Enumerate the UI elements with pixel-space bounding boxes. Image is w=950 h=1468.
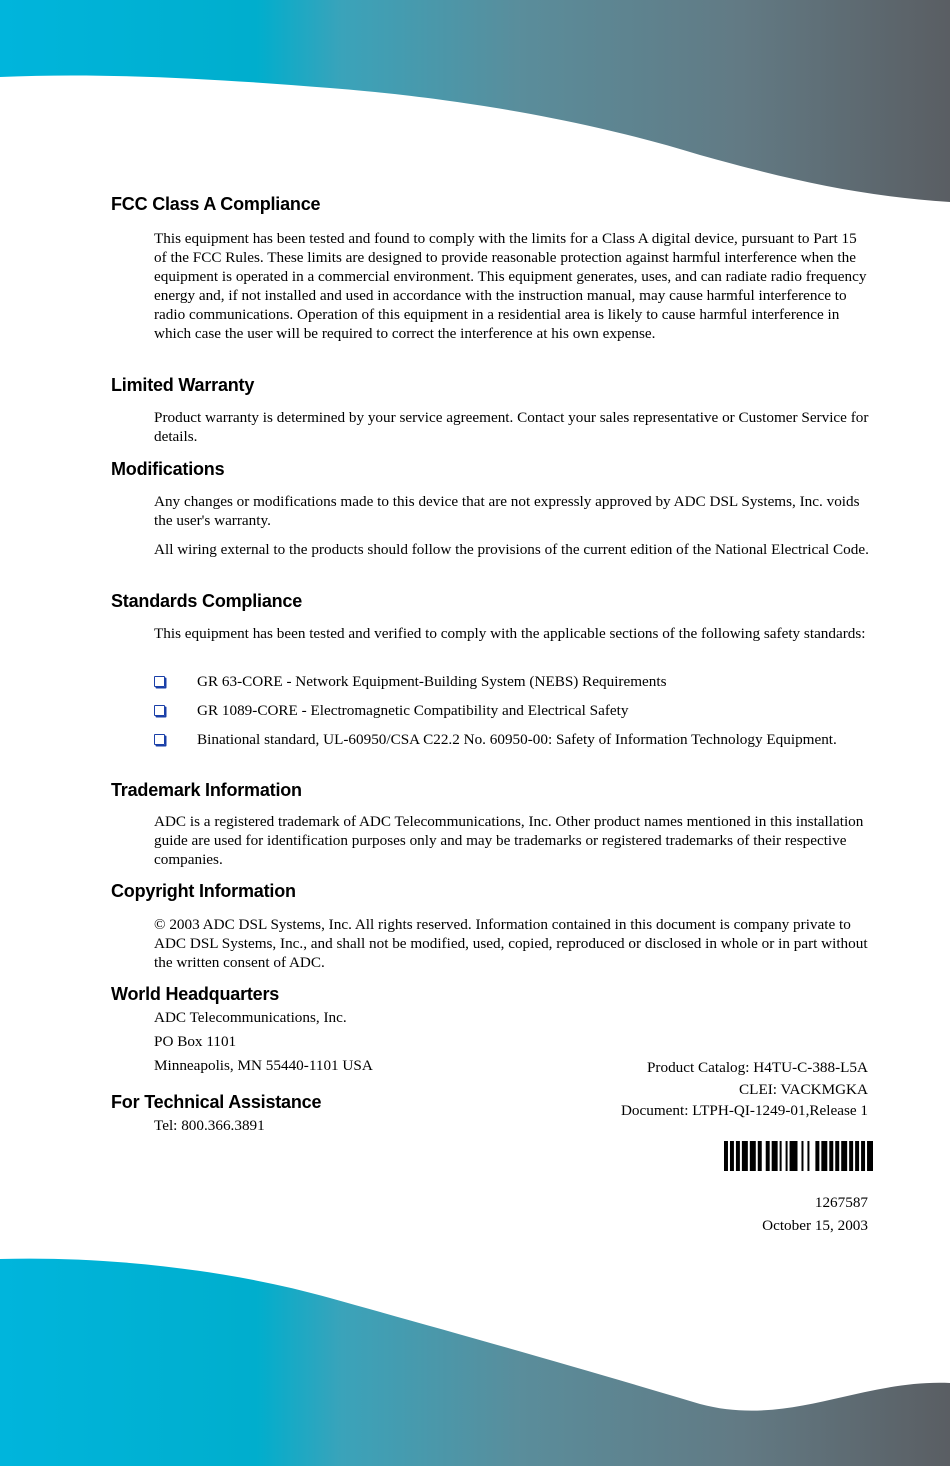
heading-standards-compliance: Standards Compliance	[111, 591, 302, 612]
standards-item: GR 63-CORE - Network Equipment-Building …	[197, 672, 867, 691]
heading-trademark-information: Trademark Information	[111, 780, 302, 801]
hq-address-line: ADC Telecommunications, Inc.	[154, 1008, 870, 1027]
heading-modifications: Modifications	[111, 459, 224, 480]
checkbox-bullet-icon	[154, 734, 165, 745]
checkbox-bullet-icon	[154, 705, 165, 716]
trademark-paragraph: ADC is a registered trademark of ADC Tel…	[154, 812, 870, 869]
modifications-paragraph-2: All wiring external to the products shou…	[154, 540, 870, 559]
product-catalog: Product Catalog: H4TU-C-388-L5A	[647, 1059, 868, 1077]
warranty-paragraph: Product warranty is determined by your s…	[154, 408, 870, 446]
hq-address-line: PO Box 1101	[154, 1032, 870, 1051]
heading-copyright-information: Copyright Information	[111, 881, 296, 902]
standards-item: GR 1089-CORE - Electromagnetic Compatibi…	[197, 701, 867, 720]
standards-paragraph: This equipment has been tested and verif…	[154, 624, 870, 643]
checkbox-bullet-icon	[154, 676, 165, 687]
barcode-image	[724, 1141, 873, 1171]
heading-world-headquarters: World Headquarters	[111, 984, 279, 1005]
heading-limited-warranty: Limited Warranty	[111, 375, 254, 396]
fcc-paragraph: This equipment has been tested and found…	[154, 229, 870, 344]
part-number: 1267587	[815, 1194, 868, 1212]
heading-technical-assistance: For Technical Assistance	[111, 1092, 321, 1113]
copyright-paragraph: © 2003 ADC DSL Systems, Inc. All rights …	[154, 915, 870, 972]
standards-item: Binational standard, UL-60950/CSA C22.2 …	[197, 730, 867, 749]
document-number: Document: LTPH-QI-1249-01,Release 1	[621, 1102, 868, 1120]
clei-code: CLEI: VACKMGKA	[739, 1081, 868, 1099]
top-wave-banner	[0, 0, 950, 210]
document-date: October 15, 2003	[762, 1217, 868, 1235]
heading-fcc: FCC Class A Compliance	[111, 194, 320, 215]
modifications-paragraph-1: Any changes or modifications made to thi…	[154, 492, 870, 530]
bottom-wave-banner	[0, 1250, 950, 1468]
